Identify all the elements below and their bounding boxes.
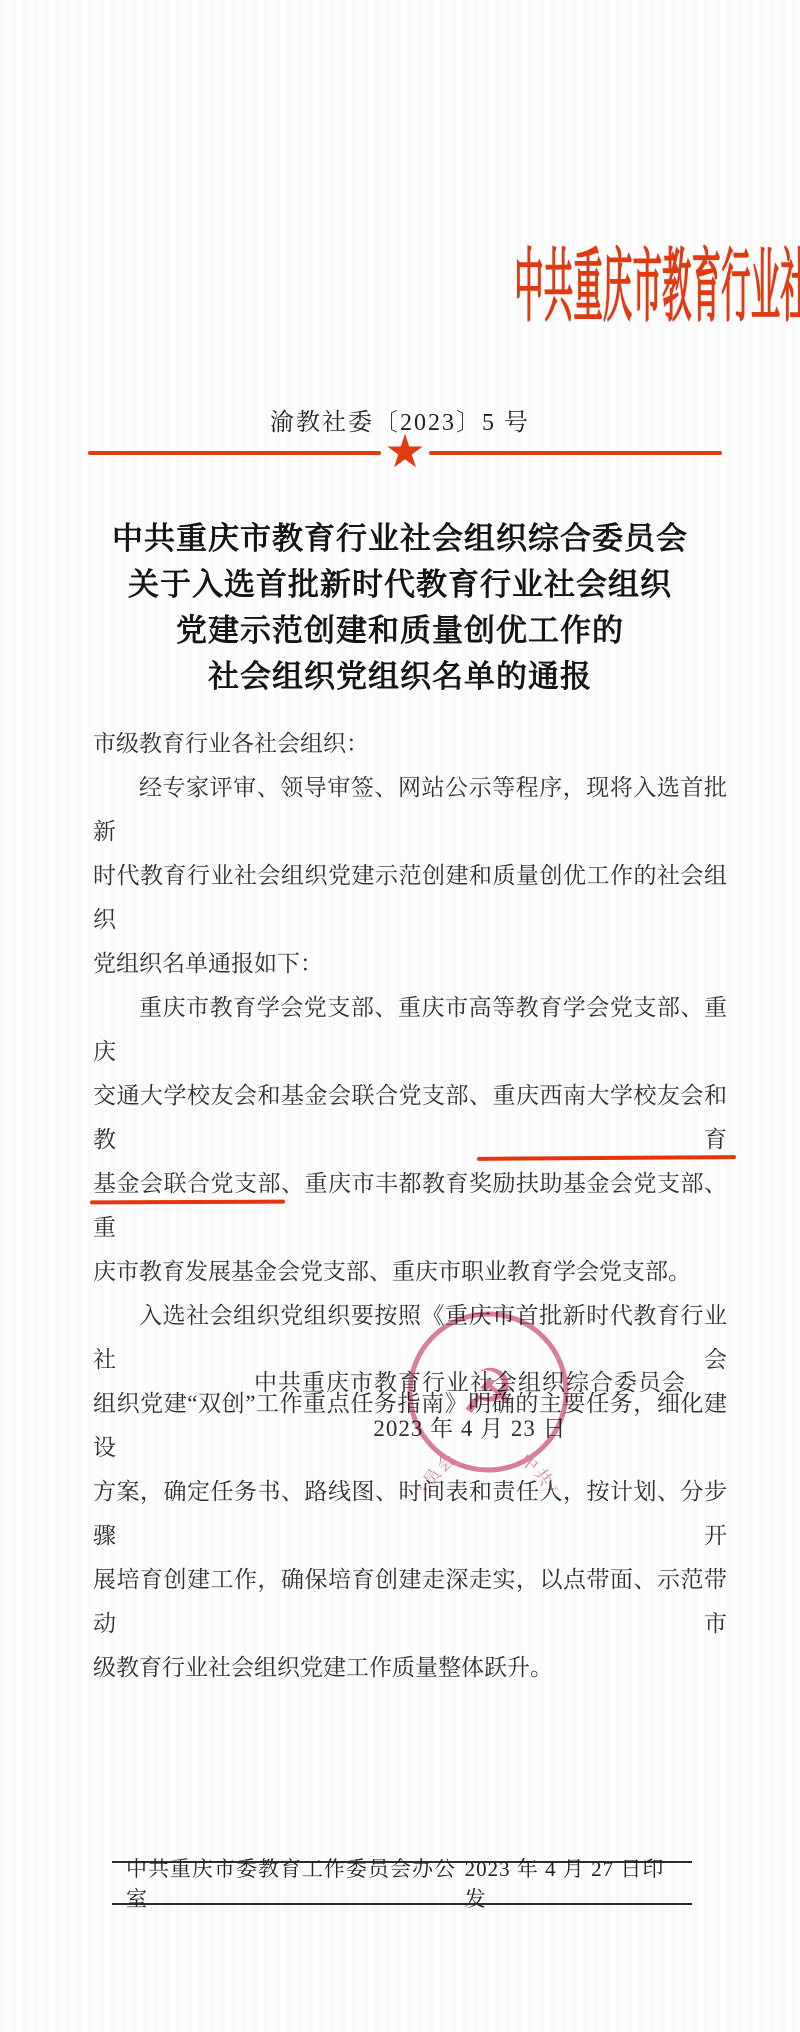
paragraph2-line2: 交通大学校友会和基金会联合党支部、重庆西南大学校友会和教育 (93, 1074, 727, 1162)
divider-right-segment (429, 451, 722, 455)
divider-left-segment (88, 451, 381, 455)
paragraph2-line1: 重庆市教育学会党支部、重庆市高等教育学会党支部、重庆 (93, 986, 727, 1074)
paragraph2-line2-text: 交通大学校友会和基金会联合党支部、 (93, 1083, 493, 1108)
title-line-1: 中共重庆市教育行业社会组织综合委员会 (0, 516, 800, 562)
paragraph1-line3: 党组织名单通报如下： (93, 942, 727, 986)
star-icon: ★ (384, 428, 425, 474)
paragraph3-line5: 级教育行业社会组织党建工作质量整体跃升。 (93, 1646, 727, 1690)
paragraph3-line4: 展培育创建工作，确保培育创建走深走实，以点带面、示范带动市 (93, 1558, 727, 1646)
document-body: 市级教育行业各社会组织： 经专家评审、领导审签、网站公示等程序，现将入选首批新 … (93, 722, 727, 1690)
red-divider-rule: ★ (88, 432, 722, 474)
red-masthead: 中共重庆市教育行业社会组织综合委员会文件 (0, 248, 800, 328)
title-line-2: 关于入选首批新时代教育行业社会组织 (0, 562, 800, 608)
paragraph2-line3: 基金会联合党支部、重庆市丰都教育奖励扶助基金会党支部、重 (93, 1162, 727, 1250)
footer-imprint: 中共重庆市委教育工作委员会办公室 2023 年 4 月 27 日印发 (112, 1861, 692, 1905)
document-title: 中共重庆市教育行业社会组织综合委员会 关于入选首批新时代教育行业社会组织 党建示… (0, 516, 800, 700)
salutation: 市级教育行业各社会组织： (93, 722, 727, 766)
document-page: 中共重庆市教育行业社会组织综合委员会文件 渝教社委〔2023〕5 号 ★ 中共重… (0, 0, 800, 2032)
paragraph1-line2: 时代教育行业社会组织党建示范创建和质量创优工作的社会组织 (93, 854, 727, 942)
footer-print-date: 2023 年 4 月 27 日印发 (465, 1853, 678, 1913)
footer-office: 中共重庆市委教育工作委员会办公室 (126, 1853, 465, 1913)
title-line-4: 社会组织党组织名单的通报 (0, 654, 800, 700)
hammer-sickle-icon: ☭ (460, 1355, 516, 1428)
masthead-title: 中共重庆市教育行业社会组织综合委员会文件 (514, 248, 800, 328)
red-underlined-text-2: 基金会联合党支部 (93, 1171, 281, 1196)
paragraph1-line1: 经专家评审、领导审签、网站公示等程序，现将入选首批新 (93, 766, 727, 854)
official-seal: 中共重庆市教育行业社会组织综合委员会 ☭ (390, 1294, 586, 1490)
title-line-3: 党建示范创建和质量创优工作的 (0, 608, 800, 654)
paragraph2-line4: 庆市教育发展基金会党支部、重庆市职业教育学会党支部。 (93, 1250, 727, 1294)
